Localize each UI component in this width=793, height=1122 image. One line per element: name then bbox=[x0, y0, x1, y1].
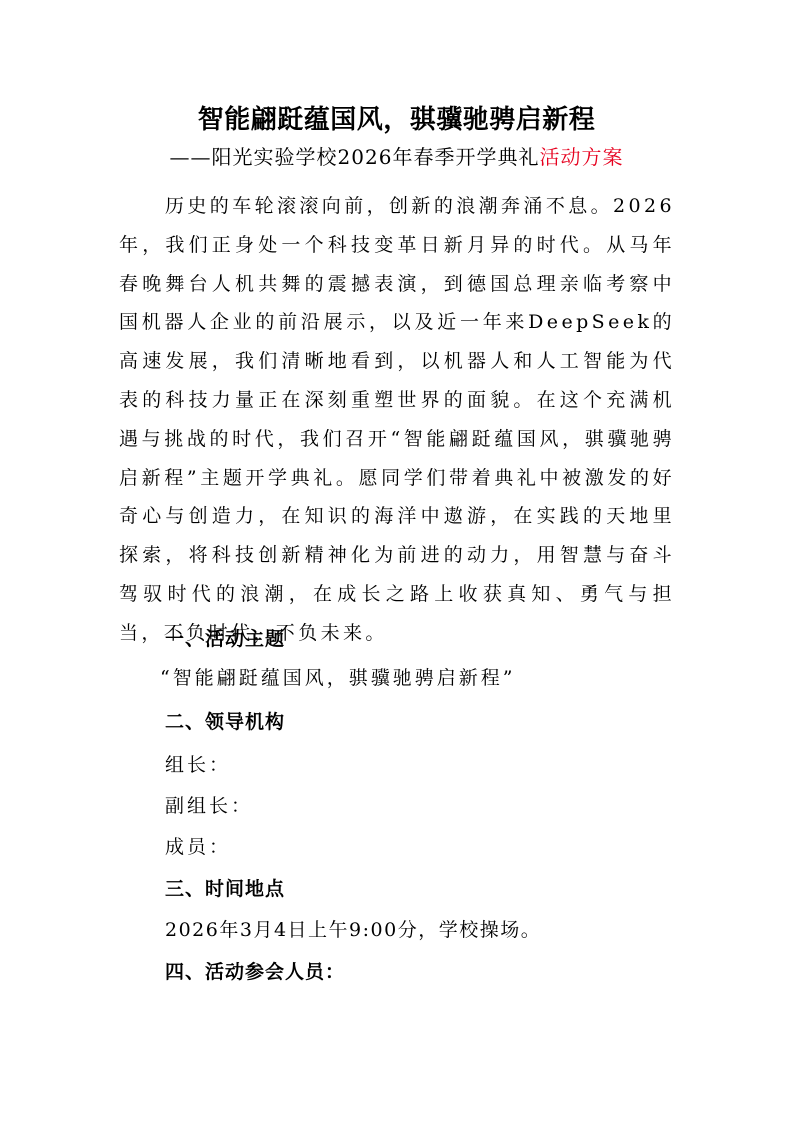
deputy-leader-line: 副组长： bbox=[165, 791, 253, 821]
time-place-line: 2026年3月4日上午9:00分，学校操场。 bbox=[165, 915, 541, 945]
document-page: 智能翩跹蕴国风，骐骥驰骋启新程 ——阳光实验学校2026年春季开学典礼活动方案 … bbox=[0, 0, 793, 1122]
members-line: 成员： bbox=[165, 832, 231, 862]
document-subtitle: ——阳光实验学校2026年春季开学典礼活动方案 bbox=[0, 142, 793, 172]
section-heading-attendees: 四、活动参会人员： bbox=[165, 957, 345, 987]
leader-line: 组长： bbox=[165, 750, 231, 780]
subtitle-accent: 活动方案 bbox=[539, 145, 623, 169]
section-heading-leadership: 二、领导机构 bbox=[165, 707, 285, 737]
theme-line: “智能翩跹蕴国风，骐骥驰骋启新程” bbox=[160, 663, 515, 693]
section-heading-time-place: 三、时间地点 bbox=[165, 874, 285, 904]
section-heading-theme: 一、活动主题 bbox=[165, 624, 285, 654]
intro-paragraph: 历史的车轮滚滚向前，创新的浪潮奔涌不息。2026年，我们正身处一个科技变革日新月… bbox=[119, 187, 675, 653]
subtitle-prefix: ——阳光实验学校2026年春季开学典礼 bbox=[170, 145, 540, 169]
document-title: 智能翩跹蕴国风，骐骥驰骋启新程 bbox=[0, 102, 793, 138]
